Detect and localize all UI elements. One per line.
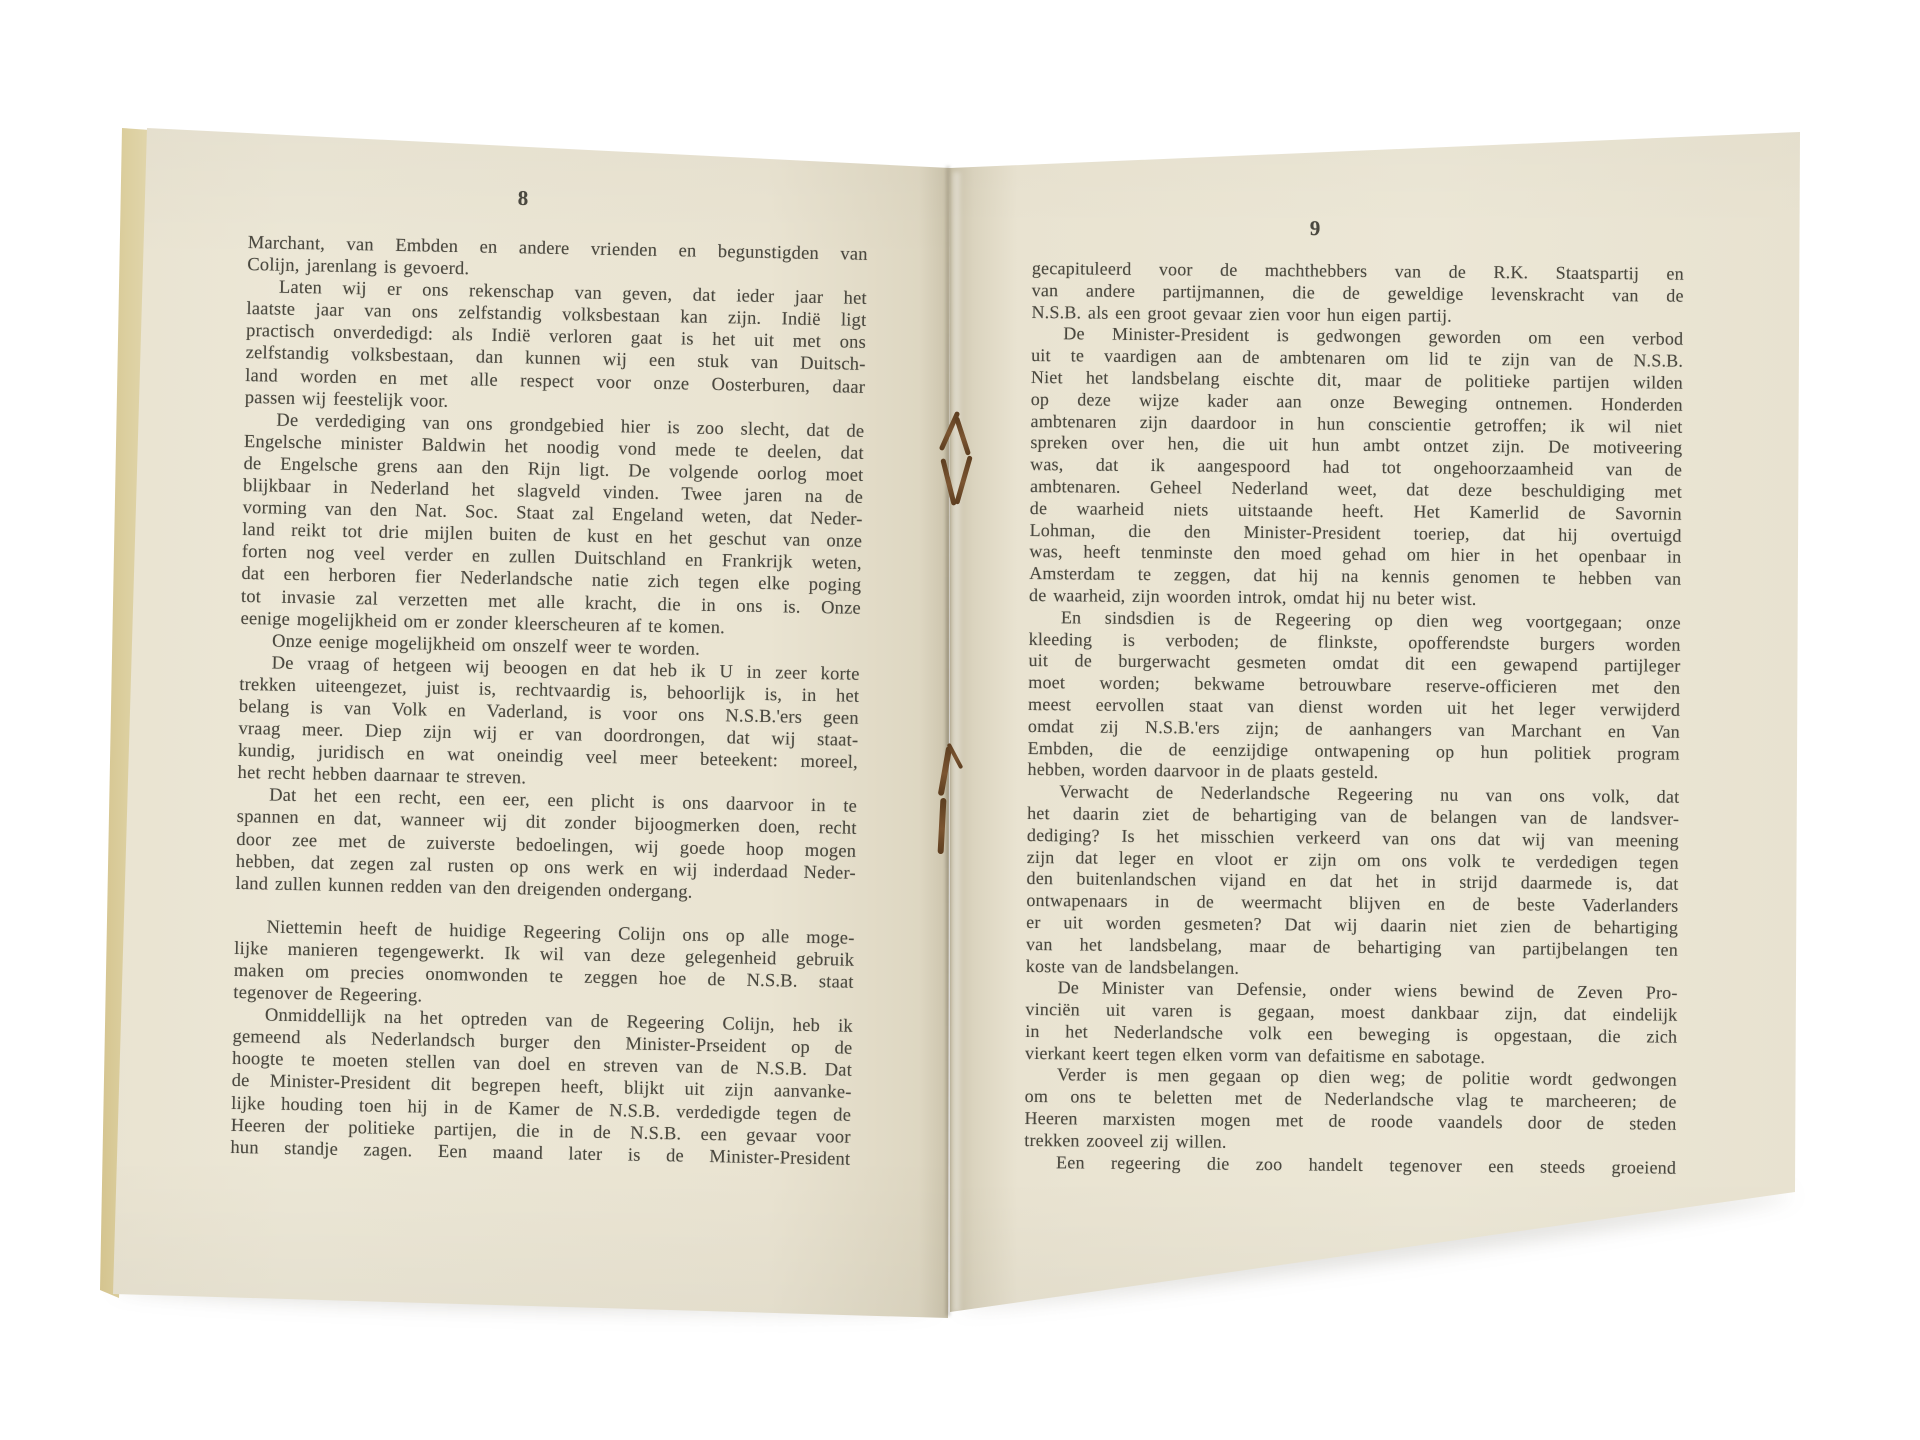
gutter-fold: [946, 166, 950, 1316]
open-booklet: 8 9 Marchant, van Embden en andere vrien…: [0, 0, 1920, 1440]
paragraph: En sindsdien is de Regeering op dien weg…: [1027, 607, 1680, 787]
paragraph: De vraag of hetgeen wij beoogen en dat h…: [237, 652, 859, 796]
paragraph: Verwacht de Nederlandsche Regeering nu v…: [1026, 781, 1680, 983]
paragraph: Dat het een recht, een eer, een plicht i…: [235, 784, 857, 906]
page-number-left: 8: [468, 185, 578, 212]
paragraph: De verdediging van ons grondgebied hier …: [240, 409, 864, 642]
paragraph: Onmiddellijk na het optreden van de Rege…: [230, 1004, 853, 1171]
paragraph: Verder is men gegaan op dien weg; de pol…: [1024, 1064, 1677, 1157]
right-page-text: gecapituleerd voor de machthebbers van d…: [1024, 258, 1684, 1179]
page-number-right: 9: [1260, 216, 1370, 242]
paragraph: Niettemin heeft de huidige Regeering Col…: [233, 916, 855, 1016]
paragraph: De Minister van Defensie, onder wiens be…: [1025, 977, 1678, 1070]
paragraph: gecapituleerd voor de machthebbers van d…: [1031, 258, 1684, 329]
paragraph: De Minister-President is gedwongen gewor…: [1029, 323, 1683, 612]
left-page-text: Marchant, van Embden en andere vrienden …: [230, 232, 868, 1171]
paragraph: Laten wij er ons rekenschap van geven, d…: [245, 276, 867, 420]
gutter-highlight: [953, 172, 960, 1312]
photo-background: 8 9 Marchant, van Embden en andere vrien…: [0, 0, 1920, 1440]
